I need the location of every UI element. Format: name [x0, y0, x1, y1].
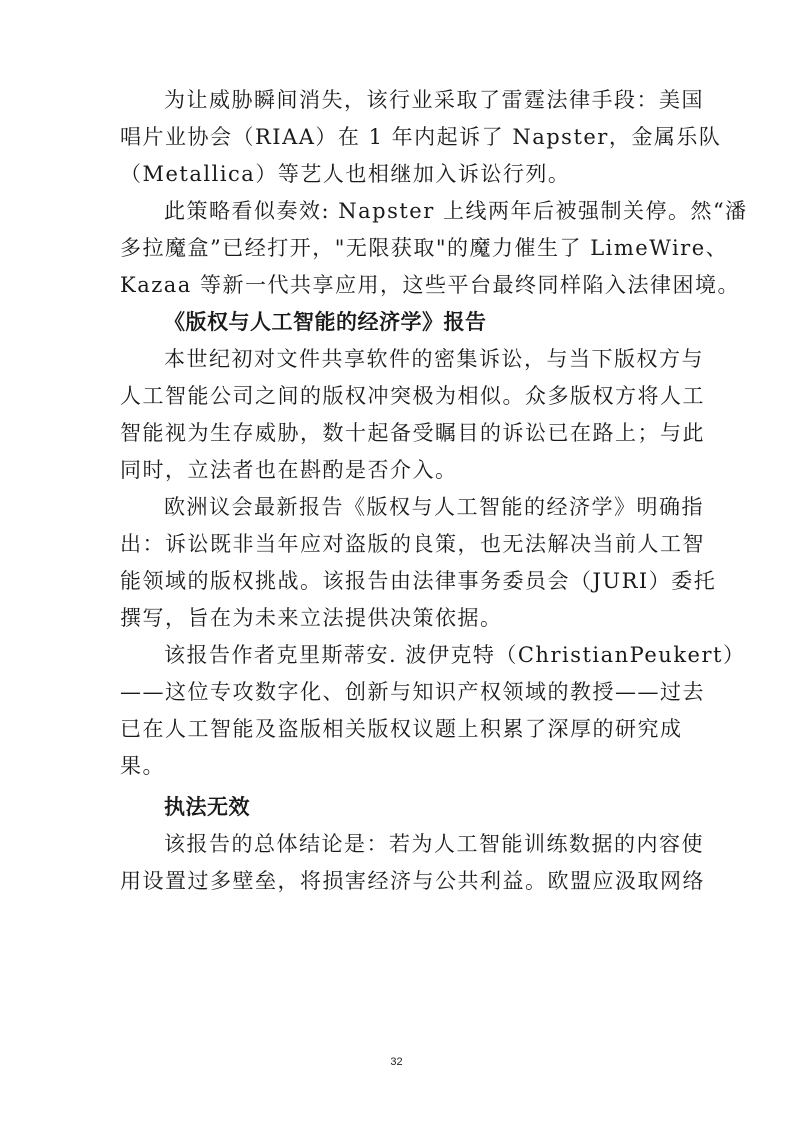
page-number: 32 [0, 1056, 793, 1068]
text-line: 撰写，旨在为未来立法提供决策依据。 [120, 600, 676, 637]
section-heading-enforcement-ineffective: 执法无效 [120, 789, 676, 826]
paragraph-report-conclusion: 该报告的总体结论是：若为人工智能训练数据的内容使 用设置过多壁垒，将损害经济与公… [120, 826, 676, 900]
text-line: 已在人工智能及盗版相关版权议题上积累了深厚的研究成 [120, 711, 676, 748]
text-line: 唱片业协会（RIAA）在 1 年内起诉了 Napster，金属乐队 [120, 119, 676, 156]
text-line: 该报告的总体结论是：若为人工智能训练数据的内容使 [120, 826, 676, 863]
paragraph-riaa-lawsuits: 为让威胁瞬间消失，该行业采取了雷霆法律手段：美国 唱片业协会（RIAA）在 1 … [120, 82, 676, 193]
text-line: 多拉魔盒”已经打开，"无限获取"的魔力催生了 LimeWire、 [120, 230, 676, 267]
text-line: 为让威胁瞬间消失，该行业采取了雷霆法律手段：美国 [120, 82, 676, 119]
text-line: 此策略看似奏效: Napster 上线两年后被强制关停。然“潘 [120, 193, 676, 230]
text-line: 出：诉讼既非当年应对盗版的良策，也无法解决当前人工智 [120, 526, 676, 563]
text-line: （Metallica）等艺人也相继加入诉讼行列。 [120, 156, 676, 193]
text-line: ——这位专攻数字化、创新与知识产权领域的教授——过去 [120, 674, 676, 711]
paragraph-napster-shutdown: 此策略看似奏效: Napster 上线两年后被强制关停。然“潘 多拉魔盒”已经打… [120, 193, 676, 304]
text-line: 该报告作者克里斯蒂安. 波伊克特（ChristianPeukert） [120, 637, 676, 674]
text-line: 同时，立法者也在斟酌是否介入。 [120, 452, 676, 489]
text-line: 智能视为生存威胁，数十起备受瞩目的诉讼已在路上；与此 [120, 415, 676, 452]
text-line: 能领域的版权挑战。该报告由法律事务委员会（JURI）委托 [120, 563, 676, 600]
text-line: 人工智能公司之间的版权冲突极为相似。众多版权方将人工 [120, 378, 676, 415]
paragraph-report-author: 该报告作者克里斯蒂安. 波伊克特（ChristianPeukert） ——这位专… [120, 637, 676, 785]
document-page: 为让威胁瞬间消失，该行业采取了雷霆法律手段：美国 唱片业协会（RIAA）在 1 … [120, 82, 676, 900]
section-heading-report: 《版权与人工智能的经济学》报告 [120, 304, 676, 341]
paragraph-ai-copyright-conflict: 本世纪初对文件共享软件的密集诉讼，与当下版权方与 人工智能公司之间的版权冲突极为… [120, 341, 676, 489]
paragraph-eu-parliament-report: 欧洲议会最新报告《版权与人工智能的经济学》明确指 出：诉讼既非当年应对盗版的良策… [120, 489, 676, 637]
text-line: 本世纪初对文件共享软件的密集诉讼，与当下版权方与 [120, 341, 676, 378]
text-line: Kazaa 等新一代共享应用，这些平台最终同样陷入法律困境。 [120, 267, 676, 304]
text-line: 欧洲议会最新报告《版权与人工智能的经济学》明确指 [120, 489, 676, 526]
text-line: 用设置过多壁垒，将损害经济与公共利益。欧盟应汲取网络 [120, 863, 676, 900]
text-line: 果。 [120, 748, 676, 785]
